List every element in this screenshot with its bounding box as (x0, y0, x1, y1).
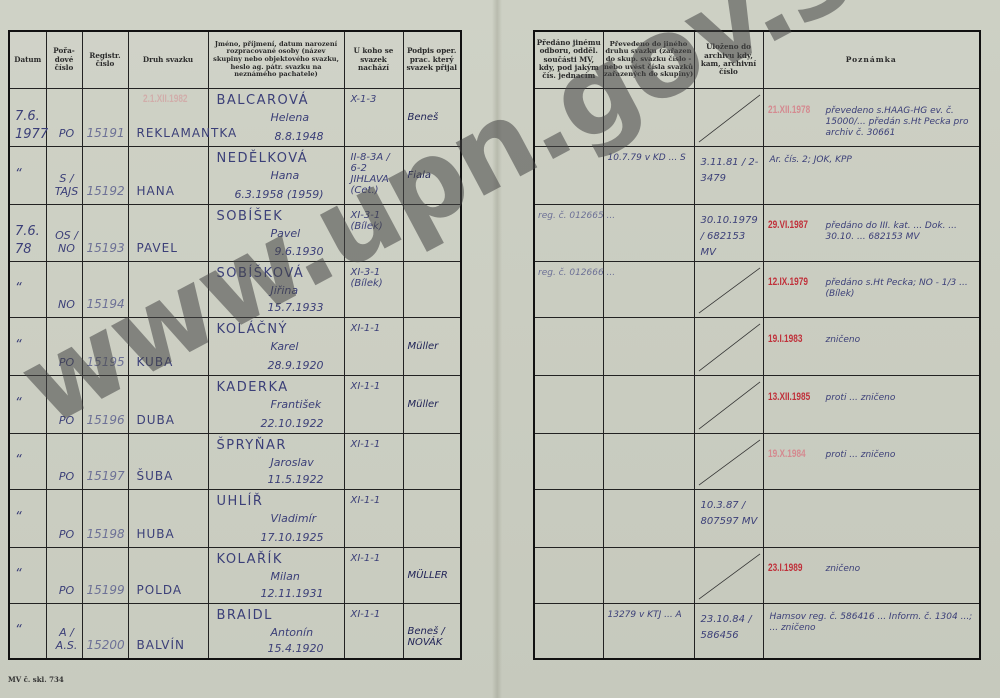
surname-text: UHLÍŘ (217, 494, 264, 509)
cell-podpis: Fiala (403, 146, 461, 204)
poznamka-text: Ar. čís. 2; JOK, KPP (770, 155, 975, 166)
birth-date-text: 15.7.1933 (268, 301, 324, 314)
table-row: “ A / A.S. 15200 BALVÍN BRAIDL Antonín 1… (9, 603, 461, 659)
ulozeno-text: 10.3.87 / 807597 MV (701, 498, 763, 530)
cell-poradove: PO (46, 88, 82, 146)
poradove-text: PO (53, 356, 81, 369)
cell-ulozeno (694, 433, 763, 489)
birth-date-text: 28.9.1920 (268, 359, 324, 372)
archive-date-stamp: 12.IX.1979 (768, 276, 808, 288)
druh-text: KUBA (137, 355, 174, 369)
birth-date-text: 6.3.1958 (1959) (234, 188, 323, 201)
cell-registr: 15194 (82, 261, 128, 317)
archive-date-stamp: 23.I.1989 (768, 562, 802, 574)
table-row: reg. č. 012665 ... 30.10.1979 / 682153 M… (534, 204, 980, 261)
signature-text: Beneš / NOVÁK (408, 626, 460, 648)
datum-text: 7.6. 1977 (15, 108, 45, 144)
table-row: “ PO 15195 KUBA KOLÁČNÝ Karel 28.9.1920 … (9, 317, 461, 375)
datum-text: 7.6. 78 (15, 223, 45, 259)
registr-text: 15193 (87, 241, 125, 255)
poznamka-text: zničeno (826, 335, 976, 346)
cell-druh: 2.1.XII.1982 REKLAMANTKA (128, 88, 208, 146)
cell-predano (534, 547, 603, 603)
surname-text: KOLAŘÍK (217, 552, 283, 567)
cell-poznamka: 21.XII.1978 převedeno s.HAAG-HG ev. č. 1… (763, 88, 980, 146)
u-koho-text: XI-3-1 (Bílek) (351, 267, 401, 289)
cell-poradove: NO (46, 261, 82, 317)
birth-date-text: 9.6.1930 (275, 245, 324, 258)
cell-predano (534, 146, 603, 204)
cell-poznamka: Hamsov reg. č. 586416 ... Inform. č. 130… (763, 603, 980, 659)
registr-text: 15197 (87, 469, 125, 483)
cell-datum: “ (9, 547, 46, 603)
cell-registr: 15191 (82, 88, 128, 146)
table-row: 19.I.1983 zničeno (534, 317, 980, 375)
datum-text: “ (15, 166, 45, 184)
cell-druh: ŠUBA (128, 433, 208, 489)
poradove-text: S / TAJS (53, 172, 81, 198)
poznamka-text: zničeno (826, 564, 976, 575)
cell-u-koho: XI-1-1 (344, 603, 403, 659)
cell-podpis (403, 489, 461, 547)
u-koho-text: XI-1-1 (351, 609, 401, 620)
surname-text: KADERKA (217, 380, 289, 395)
datum-text: “ (15, 509, 45, 527)
cell-ulozeno (694, 547, 763, 603)
poradove-text: PO (53, 528, 81, 541)
cell-jmeno: BRAIDL Antonín 15.4.1920 (208, 603, 344, 659)
surname-text: SOBÍŠEK (217, 209, 284, 224)
cell-podpis: Beneš / NOVÁK (403, 603, 461, 659)
signature-text: Beneš (408, 112, 460, 123)
poznamka-text: předáno do III. kat. ... Dok. ... 30.10.… (826, 221, 976, 243)
table-row: 19.X.1984 proti ... zničeno (534, 433, 980, 489)
cell-datum: “ (9, 261, 46, 317)
cell-u-koho: XI-1-1 (344, 317, 403, 375)
datum-text: “ (15, 622, 45, 640)
druh-text: DUBA (137, 413, 175, 427)
druh-text: PAVEL (137, 241, 178, 255)
cell-u-koho: XI-1-1 (344, 375, 403, 433)
cell-prevedeno (603, 489, 694, 547)
header-podpis: Podpis oper. prac. který svazek přijal (403, 31, 461, 88)
cell-poradove: A / A.S. (46, 603, 82, 659)
archive-date-stamp: 19.X.1984 (768, 448, 806, 460)
cell-datum: 7.6. 78 (9, 204, 46, 261)
cell-podpis: Müller (403, 375, 461, 433)
cell-ulozeno: 10.3.87 / 807597 MV (694, 489, 763, 547)
cell-prevedeno: 13279 v KTJ ... A (603, 603, 694, 659)
registr-text: 15199 (87, 583, 125, 597)
table-row: “ PO 15197 ŠUBA ŠPRYŇAR Jaroslav 11.5.19… (9, 433, 461, 489)
u-koho-text: X-1-3 (351, 94, 401, 105)
archive-date-stamp: 21.XII.1978 (768, 104, 810, 116)
signature-text: Müller (408, 399, 460, 410)
u-koho-text: XI-1-1 (351, 323, 401, 334)
given-name-text: Karel (271, 340, 299, 353)
diagonal-strike (695, 548, 763, 603)
cell-predano (534, 317, 603, 375)
poradove-text: PO (53, 584, 81, 597)
datum-text: “ (15, 395, 45, 413)
cell-prevedeno (603, 317, 694, 375)
ulozeno-text: 30.10.1979 / 682153 MV (701, 213, 763, 261)
cell-jmeno: SOBÍŠEK Pavel 9.6.1930 (208, 204, 344, 261)
cell-ulozeno (694, 317, 763, 375)
u-koho-text: II-8-3A / 6-2 JIHLAVA (Cet.) (351, 152, 401, 196)
cell-podpis (403, 261, 461, 317)
cell-druh: HANA (128, 146, 208, 204)
cell-prevedeno: 10.7.79 v KD ... S (603, 146, 694, 204)
given-name-text: Hana (271, 169, 300, 182)
given-name-text: Jaroslav (271, 456, 314, 469)
cell-prevedeno (603, 204, 694, 261)
cell-ulozeno: 3.11.81 / 2-3479 (694, 146, 763, 204)
cell-ulozeno (694, 261, 763, 317)
u-koho-text: XI-3-1 (Bílek) (351, 210, 401, 232)
cell-podpis (403, 433, 461, 489)
cell-podpis: Beneš (403, 88, 461, 146)
register-table-left: Datum Pořa-dové číslo Registr. číslo Dru… (8, 30, 462, 660)
cell-prevedeno (603, 88, 694, 146)
cell-prevedeno (603, 375, 694, 433)
cell-predano (534, 489, 603, 547)
given-name-text: Antonín (271, 626, 314, 639)
poznamka-text: proti ... zničeno (826, 393, 976, 404)
poradove-text: PO (53, 414, 81, 427)
header-druh-svazku: Druh svazku (128, 31, 208, 88)
druh-text: HUBA (137, 527, 175, 541)
u-koho-text: XI-1-1 (351, 381, 401, 392)
surname-text: NEDĚLKOVÁ (217, 151, 309, 166)
header-datum: Datum (9, 31, 46, 88)
birth-date-text: 11.5.1922 (268, 473, 324, 486)
cell-registr: 15193 (82, 204, 128, 261)
signature-text: MÜLLER (408, 570, 460, 581)
given-name-text: Pavel (271, 227, 301, 240)
ulozeno-text: 3.11.81 / 2-3479 (701, 155, 763, 187)
diagonal-strike (695, 318, 763, 375)
cell-druh: PAVEL (128, 204, 208, 261)
poznamka-text: Hamsov reg. č. 586416 ... Inform. č. 130… (770, 612, 975, 634)
table-row: 10.7.79 v KD ... S 3.11.81 / 2-3479 Ar. … (534, 146, 980, 204)
cell-poradove: S / TAJS (46, 146, 82, 204)
cell-druh: HUBA (128, 489, 208, 547)
druh-text: ŠUBA (137, 469, 174, 483)
birth-date-text: 12.11.1931 (261, 587, 324, 600)
cell-registr: 15197 (82, 433, 128, 489)
u-koho-text: XI-1-1 (351, 495, 401, 506)
cell-prevedeno (603, 261, 694, 317)
birth-date-text: 8.8.1948 (275, 130, 324, 143)
cell-druh: BALVÍN (128, 603, 208, 659)
cell-datum: “ (9, 146, 46, 204)
cell-poznamka (763, 489, 980, 547)
poradove-text: NO (53, 298, 81, 311)
table-row: 13.XII.1985 proti ... zničeno (534, 375, 980, 433)
cell-poznamka: 12.IX.1979 předáno s.Ht Pecka; NO - 1/3 … (763, 261, 980, 317)
table-row: 13279 v KTJ ... A 23.10.84 / 586456 Hams… (534, 603, 980, 659)
given-name-text: František (271, 398, 322, 411)
cell-u-koho: XI-1-1 (344, 489, 403, 547)
cell-jmeno: KOLÁČNÝ Karel 28.9.1920 (208, 317, 344, 375)
cell-poradove: PO (46, 375, 82, 433)
cell-poradove: OS / NO (46, 204, 82, 261)
cell-druh: KUBA (128, 317, 208, 375)
cell-predano: reg. č. 012665 ... (534, 204, 603, 261)
cell-predano (534, 433, 603, 489)
diagonal-strike (695, 89, 763, 146)
druh-text: POLDA (137, 583, 183, 597)
cell-jmeno: BALCAROVÁ Helena 8.8.1948 (208, 88, 344, 146)
archive-date-stamp: 13.XII.1985 (768, 391, 810, 403)
cell-druh (128, 261, 208, 317)
poradove-text: A / A.S. (53, 626, 81, 652)
cell-u-koho: X-1-3 (344, 88, 403, 146)
cell-podpis (403, 204, 461, 261)
header-jmeno: Jméno, příjmení, datum narození rozpraco… (208, 31, 344, 88)
datum-text: “ (15, 566, 45, 584)
cell-prevedeno (603, 433, 694, 489)
book-gutter (492, 0, 502, 698)
cell-poznamka: 13.XII.1985 proti ... zničeno (763, 375, 980, 433)
cell-u-koho: XI-1-1 (344, 547, 403, 603)
cell-ulozeno (694, 375, 763, 433)
diagonal-strike (695, 376, 763, 433)
cell-poradove: PO (46, 433, 82, 489)
poradove-text: OS / NO (53, 229, 81, 255)
cell-datum: “ (9, 375, 46, 433)
datum-text: “ (15, 452, 45, 470)
cell-podpis: Müller (403, 317, 461, 375)
surname-text: BRAIDL (217, 608, 273, 623)
diagonal-strike (695, 262, 763, 317)
header-ulozeno: Uloženo do archivu kdy, kam, archivní čí… (694, 31, 763, 88)
cell-poznamka: 19.X.1984 proti ... zničeno (763, 433, 980, 489)
poznamka-text: převedeno s.HAAG-HG ev. č. 15000/... pře… (826, 106, 976, 139)
prevedeno-text: 10.7.79 v KD ... S (608, 153, 686, 163)
cell-poznamka: 29.VI.1987 předáno do III. kat. ... Dok.… (763, 204, 980, 261)
cell-jmeno: ŠPRYŇAR Jaroslav 11.5.1922 (208, 433, 344, 489)
cell-ulozeno: 30.10.1979 / 682153 MV (694, 204, 763, 261)
cell-predano: reg. č. 012666 ... (534, 261, 603, 317)
cell-ulozeno: 23.10.84 / 586456 (694, 603, 763, 659)
datum-text: “ (15, 337, 45, 355)
poznamka-text: proti ... zničeno (826, 450, 976, 461)
cell-u-koho: II-8-3A / 6-2 JIHLAVA (Cet.) (344, 146, 403, 204)
stamp-faint: 2.1.XII.1982 (143, 93, 187, 105)
cell-jmeno: KOLAŘÍK Milan 12.11.1931 (208, 547, 344, 603)
surname-text: KOLÁČNÝ (217, 322, 289, 337)
cell-datum: “ (9, 489, 46, 547)
surname-text: ŠPRYŇAR (217, 438, 287, 453)
archive-date-stamp: 29.VI.1987 (768, 219, 808, 231)
druh-text: BALVÍN (137, 638, 186, 652)
poradove-text: PO (53, 127, 81, 140)
registr-text: 15195 (87, 355, 125, 369)
cell-druh: POLDA (128, 547, 208, 603)
u-koho-text: XI-1-1 (351, 439, 401, 450)
cell-poznamka: 19.I.1983 zničeno (763, 317, 980, 375)
cell-poradove: PO (46, 489, 82, 547)
surname-text: BALCAROVÁ (217, 93, 310, 108)
cell-jmeno: UHLÍŘ Vladimír 17.10.1925 (208, 489, 344, 547)
cell-registr: 15199 (82, 547, 128, 603)
table-row: 7.6. 78 OS / NO 15193 PAVEL SOBÍŠEK Pave… (9, 204, 461, 261)
table-row: “ S / TAJS 15192 HANA NEDĚLKOVÁ Hana 6.3… (9, 146, 461, 204)
form-number: MV č. skl. 734 (8, 675, 64, 684)
header-predano: Předáno jinému odboru, odděl. součásti M… (534, 31, 603, 88)
poradove-text: PO (53, 470, 81, 483)
table-row: 21.XII.1978 převedeno s.HAAG-HG ev. č. 1… (534, 88, 980, 146)
registr-text: 15198 (87, 527, 125, 541)
cell-registr: 15198 (82, 489, 128, 547)
cell-poznamka: Ar. čís. 2; JOK, KPP (763, 146, 980, 204)
table-row: 7.6. 1977 PO 15191 2.1.XII.1982 REKLAMAN… (9, 88, 461, 146)
cell-registr: 15195 (82, 317, 128, 375)
surname-text: SOBÍŠKOVÁ (217, 266, 305, 281)
registr-text: 15194 (87, 297, 125, 311)
birth-date-text: 17.10.1925 (261, 531, 324, 544)
cell-u-koho: XI-1-1 (344, 433, 403, 489)
cell-predano (534, 375, 603, 433)
cell-predano (534, 88, 603, 146)
cell-registr: 15200 (82, 603, 128, 659)
cell-poradove: PO (46, 547, 82, 603)
given-name-text: Vladimír (271, 512, 317, 525)
register-table-right: Předáno jinému odboru, odděl. součásti M… (533, 30, 981, 660)
registr-text: 15200 (87, 638, 125, 652)
druh-text: HANA (137, 184, 175, 198)
given-name-text: Jiřina (271, 284, 299, 297)
given-name-text: Helena (271, 111, 310, 124)
cell-poradove: PO (46, 317, 82, 375)
cell-u-koho: XI-3-1 (Bílek) (344, 261, 403, 317)
archive-date-stamp: 19.I.1983 (768, 333, 802, 345)
table-row: “ PO 15196 DUBA KADERKA František 22.10.… (9, 375, 461, 433)
header-registr-cislo: Registr. číslo (82, 31, 128, 88)
registr-text: 15192 (87, 184, 125, 198)
cell-registr: 15196 (82, 375, 128, 433)
registr-text: 15196 (87, 413, 125, 427)
table-row: “ NO 15194 SOBÍŠKOVÁ Jiřina 15.7.1933 XI… (9, 261, 461, 317)
cell-registr: 15192 (82, 146, 128, 204)
header-poznamka: Poznámka (763, 31, 980, 88)
cell-datum: “ (9, 317, 46, 375)
cell-jmeno: NEDĚLKOVÁ Hana 6.3.1958 (1959) (208, 146, 344, 204)
table-row: “ PO 15198 HUBA UHLÍŘ Vladimír 17.10.192… (9, 489, 461, 547)
poznamka-text: předáno s.Ht Pecka; NO - 1/3 ... (Bílek) (826, 278, 976, 300)
birth-date-text: 22.10.1922 (261, 417, 324, 430)
registr-text: 15191 (87, 126, 125, 140)
u-koho-text: XI-1-1 (351, 553, 401, 564)
cell-jmeno: SOBÍŠKOVÁ Jiřina 15.7.1933 (208, 261, 344, 317)
cell-podpis: MÜLLER (403, 547, 461, 603)
cell-u-koho: XI-3-1 (Bílek) (344, 204, 403, 261)
cell-datum: “ (9, 603, 46, 659)
cell-prevedeno (603, 547, 694, 603)
table-row: “ PO 15199 POLDA KOLAŘÍK Milan 12.11.193… (9, 547, 461, 603)
signature-text: Müller (408, 341, 460, 352)
cell-datum: “ (9, 433, 46, 489)
table-row: 23.I.1989 zničeno (534, 547, 980, 603)
datum-text: “ (15, 280, 45, 298)
cell-datum: 7.6. 1977 (9, 88, 46, 146)
cell-predano (534, 603, 603, 659)
cell-jmeno: KADERKA František 22.10.1922 (208, 375, 344, 433)
signature-text: Fiala (408, 170, 460, 181)
table-row: reg. č. 012666 ... 12.IX.1979 předáno s.… (534, 261, 980, 317)
given-name-text: Milan (271, 570, 300, 583)
cell-druh: DUBA (128, 375, 208, 433)
diagonal-strike (695, 434, 763, 489)
cell-poznamka: 23.I.1989 zničeno (763, 547, 980, 603)
ulozeno-text: 23.10.84 / 586456 (701, 612, 763, 644)
header-u-koho: U koho se svazek nachází (344, 31, 403, 88)
table-row: 10.3.87 / 807597 MV (534, 489, 980, 547)
cell-ulozeno (694, 88, 763, 146)
prevedeno-text: 13279 v KTJ ... A (608, 610, 682, 620)
header-poradove-cislo: Pořa-dové číslo (46, 31, 82, 88)
header-prevedeno: Převedeno do jiného druhu svazku (zařaze… (603, 31, 694, 88)
birth-date-text: 15.4.1920 (268, 642, 324, 655)
